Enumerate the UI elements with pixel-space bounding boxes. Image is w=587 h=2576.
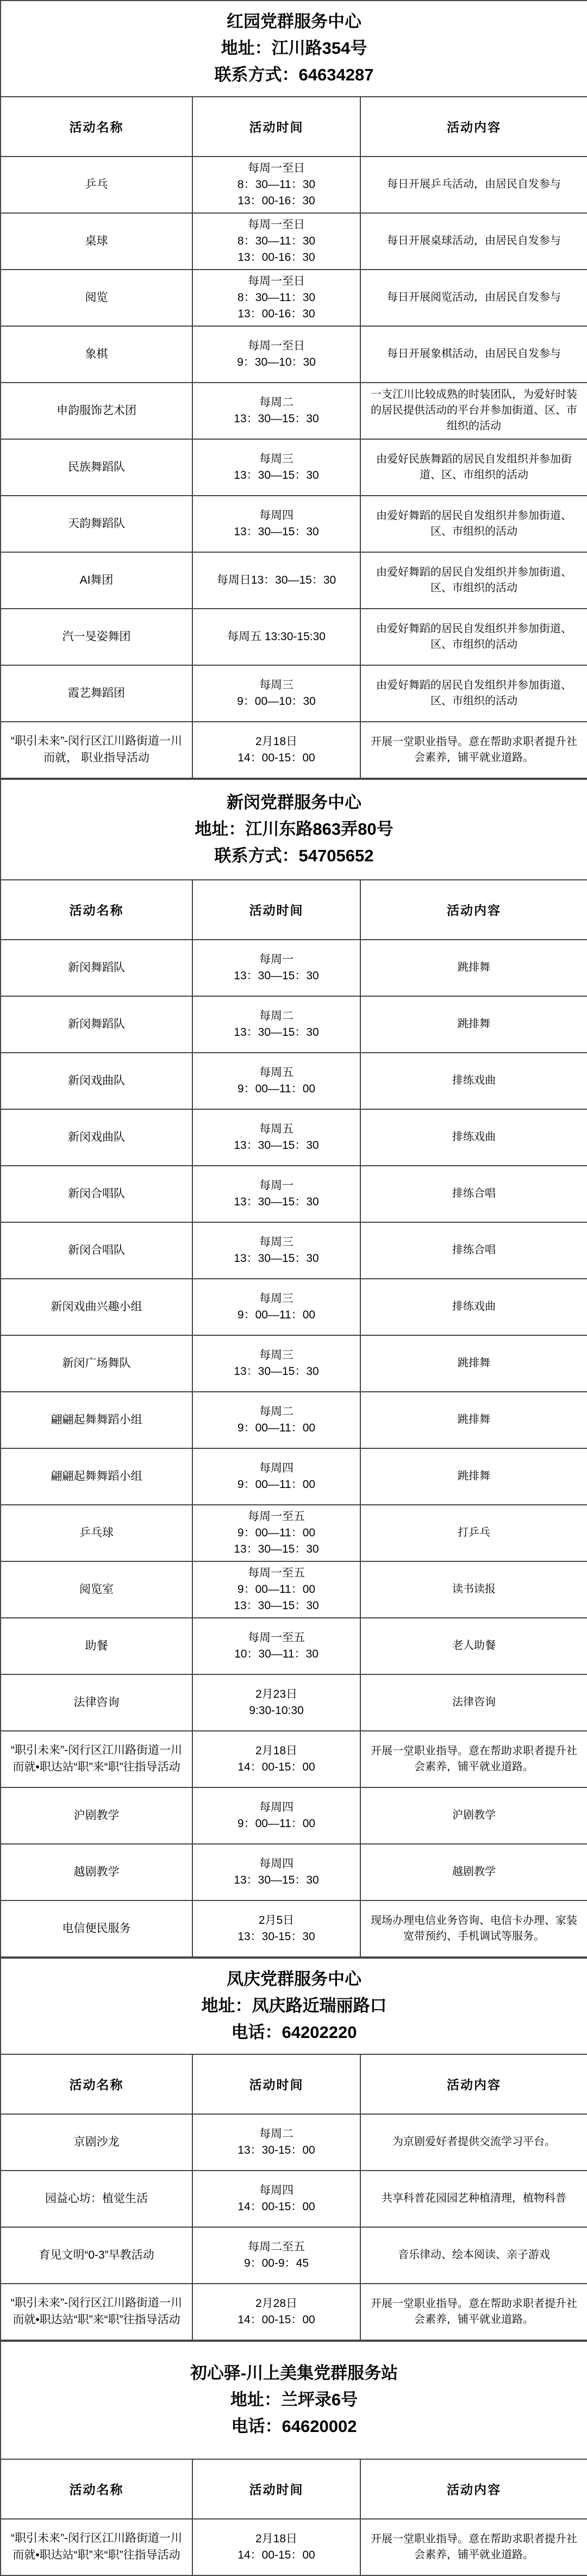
activity-row: 新闵戏曲兴趣小组每周三9：00—11：00排练戏曲 [1, 1279, 587, 1335]
time-line: 每周一至五 [199, 1630, 353, 1646]
activity-time-cell: 每周一至日8：30—11：3013：00-16：30 [192, 157, 360, 213]
schedule-document: 红园党群服务中心 地址：江川路354号 联系方式：64634287 活动名称活动… [0, 0, 587, 2576]
service-center-section: 新闵党群服务中心 地址：江川东路863弄80号 联系方式：54705652 活动… [0, 779, 587, 1958]
activity-time-cell: 2月18日14：00-15：00 [192, 2519, 360, 2575]
activity-time-cell: 每周三9：00—11：00 [192, 1279, 360, 1335]
time-line: 10：30—11：30 [199, 1646, 353, 1662]
time-line: 9：00—10：30 [199, 693, 353, 710]
time-line: 14：00-15：00 [199, 750, 353, 766]
time-line: 2月18日 [199, 2531, 353, 2547]
activity-time-cell: 每周一至五9：00—11：0013：30—15：30 [192, 1561, 360, 1618]
activity-content-cell: 开展一堂职业指导。意在帮助求职者提升社会素养，铺平就业道路。 [360, 722, 587, 778]
activity-time-cell: 每周一至日9：30—10：30 [192, 326, 360, 383]
activity-name-cell: 象棋 [1, 326, 192, 383]
table-header-row: 活动名称活动时间活动内容 [1, 2459, 587, 2519]
activity-content-cell: 读书读报 [360, 1561, 587, 1618]
time-line: 13：30—15：30 [199, 1194, 353, 1210]
activity-time-cell: 每周二9：00—11：00 [192, 1392, 360, 1448]
activity-name-cell: 新闵戏曲兴趣小组 [1, 1279, 192, 1335]
time-line: 每周四 [199, 1856, 353, 1872]
activity-content-cell: 沪剧教学 [360, 1787, 587, 1844]
time-line: 13：00-16：30 [199, 193, 353, 209]
center-header-cell: 新闵党群服务中心 地址：江川东路863弄80号 联系方式：54705652 [1, 779, 587, 880]
column-header-activity-time: 活动时间 [192, 880, 360, 940]
activity-name-cell: 电信便民服务 [1, 1900, 192, 1957]
center-contact: 电话：64620002 [1, 2414, 587, 2440]
activity-name-cell: 助餐 [1, 1618, 192, 1674]
column-header-activity-content: 活动内容 [360, 2054, 587, 2114]
activity-row: 阅览室每周一至五9：00—11：0013：30—15：30读书读报 [1, 1561, 587, 1618]
activity-row: 桌球每周一至日8：30—11：3013：00-16：30每日开展桌球活动，由居民… [1, 213, 587, 270]
activity-name-cell: 法律咨询 [1, 1674, 192, 1731]
activity-time-cell: 每周二至五9：00-9：45 [192, 2227, 360, 2284]
center-address: 地址：江川路354号 [1, 35, 587, 62]
time-line: 9：00-9：45 [199, 2255, 353, 2272]
center-address: 地址：江川东路863弄80号 [1, 816, 587, 843]
center-contact: 联系方式：54705652 [1, 843, 587, 870]
activity-time-cell: 每周二13：30—15：30 [192, 996, 360, 1053]
time-line: 9：00—11：00 [199, 1477, 353, 1493]
activity-time-cell: 每周日13：30—15：30 [192, 552, 360, 609]
time-line: 13：30—15：30 [199, 1251, 353, 1267]
activity-content-cell: 跳排舞 [360, 1448, 587, 1505]
activity-name-cell: 新闵广场舞队 [1, 1335, 192, 1392]
activity-content-cell: 每日开展乒乓活动，由居民自发参与 [360, 157, 587, 213]
service-center-section: 红园党群服务中心 地址：江川路354号 联系方式：64634287 活动名称活动… [0, 0, 587, 779]
activity-content-cell: 排练合唱 [360, 1222, 587, 1279]
activity-row: 阅览每周一至日8：30—11：3013：00-16：30每日开展阅览活动，由居民… [1, 270, 587, 326]
time-line: 每周二至五 [199, 2239, 353, 2255]
activity-row: 民族舞蹈队每周三13：30—15：30由爱好民族舞蹈的居民自发组织并参加街道、区… [1, 439, 587, 496]
column-header-activity-content: 活动内容 [360, 97, 587, 157]
activity-row: 法律咨询2月23日9:30-10:30法律咨询 [1, 1674, 587, 1731]
activity-time-cell: 每周四9：00—11：00 [192, 1787, 360, 1844]
activity-content-cell: 排练合唱 [360, 1166, 587, 1222]
activity-name-cell: 京剧沙龙 [1, 2114, 192, 2171]
activity-name-cell: 乒乓 [1, 157, 192, 213]
center-address: 地址：凤庆路近瑞丽路口 [1, 1993, 587, 2019]
center-contact: 电话：64202220 [1, 2019, 587, 2046]
activity-row: “职引未来”-闵行区江川路街道一川而就•职达站“职”来“职”往指导活动2月18日… [1, 2519, 587, 2575]
time-line: 每周三 [199, 1291, 353, 1307]
activity-name-cell: 翩翩起舞舞蹈小组 [1, 1448, 192, 1505]
center-header-row: 新闵党群服务中心 地址：江川东路863弄80号 联系方式：54705652 [1, 779, 587, 880]
activity-name-cell: 桌球 [1, 213, 192, 270]
time-line: 每周一至日 [199, 217, 353, 233]
table-header-row: 活动名称活动时间活动内容 [1, 2054, 587, 2114]
time-line: 2月5日 [199, 1912, 353, 1929]
table-header-row: 活动名称活动时间活动内容 [1, 97, 587, 157]
activity-name-cell: 天韵舞蹈队 [1, 496, 192, 552]
column-header-activity-content: 活动内容 [360, 2459, 587, 2519]
activity-content-cell: 共享科普花园园艺种植清理，植物科普 [360, 2171, 587, 2227]
activity-time-cell: 每周一至日8：30—11：3013：00-16：30 [192, 213, 360, 270]
center-title: 红园党群服务中心 [1, 9, 587, 35]
time-line: 13：00-16：30 [199, 249, 353, 266]
activity-content-cell: 法律咨询 [360, 1674, 587, 1731]
activity-name-cell: 园益心坊：植觉生活 [1, 2171, 192, 2227]
time-line: 2月18日 [199, 734, 353, 750]
activity-row: 沪剧教学每周四9：00—11：00沪剧教学 [1, 1787, 587, 1844]
activity-content-cell: 由爱好舞蹈的居民自发组织并参加街道、区、市组织的活动 [360, 665, 587, 722]
activity-content-cell: 开展一堂职业指导。意在帮助求职者提升社会素养，铺平就业道路。 [360, 1731, 587, 1787]
time-line: 2月28日 [199, 2296, 353, 2312]
activity-time-cell: 每周四13：30—15：30 [192, 1844, 360, 1900]
activity-name-cell: 新闵戏曲队 [1, 1109, 192, 1166]
column-header-activity-time: 活动时间 [192, 2459, 360, 2519]
activity-time-cell: 2月5日13：30-15：30 [192, 1900, 360, 1957]
activity-row: 新闵舞蹈队每周一13：30—15：30跳排舞 [1, 940, 587, 996]
activity-content-cell: 为京剧爱好者提供交流学习平台。 [360, 2114, 587, 2171]
activity-row: 新闵广场舞队每周三13：30—15：30跳排舞 [1, 1335, 587, 1392]
time-line: 每周四 [199, 1460, 353, 1477]
activity-content-cell: 现场办理电信业务咨询、电信卡办理、家装宽带预约、手机调试等服务。 [360, 1900, 587, 1957]
time-line: 14：00-15：00 [199, 2547, 353, 2564]
time-line: 14：00-15：00 [199, 1759, 353, 1775]
column-header-activity-time: 活动时间 [192, 97, 360, 157]
activity-row: 电信便民服务2月5日13：30-15：30现场办理电信业务咨询、电信卡办理、家装… [1, 1900, 587, 1957]
activity-row: 助餐每周一至五10：30—11：30老人助餐 [1, 1618, 587, 1674]
activity-row: “职引未来”-闵行区江川路街道一川而就•职达站“职”来“职”往指导活动2月18日… [1, 1731, 587, 1787]
center-header-row: 初心驿-川上美集党群服务站 地址：兰坪录6号 电话：64620002 [1, 2341, 587, 2459]
time-line: 每周二 [199, 1404, 353, 1420]
time-line: 每周五 [199, 1121, 353, 1137]
time-line: 13：30—15：30 [199, 411, 353, 427]
time-line: 13：30—15：30 [199, 1541, 353, 1558]
activity-content-cell: 开展一堂职业指导。意在帮助求职者提升社会素养，铺平就业道路。 [360, 2284, 587, 2340]
time-line: 9：00—11：00 [199, 1307, 353, 1323]
activity-time-cell: 每周三13：30—15：30 [192, 439, 360, 496]
time-line: 13：30—15：30 [199, 1024, 353, 1041]
activity-content-cell: 排练戏曲 [360, 1279, 587, 1335]
activity-row: 乒乓每周一至日8：30—11：3013：00-16：30每日开展乒乓活动，由居民… [1, 157, 587, 213]
activity-row: 天韵舞蹈队每周四13：30—15：30由爱好舞蹈的居民自发组织并参加街道、区、市… [1, 496, 587, 552]
activity-row: 新闵戏曲队每周五9：00—11：00排练戏曲 [1, 1053, 587, 1109]
service-center-section: 初心驿-川上美集党群服务站 地址：兰坪录6号 电话：64620002 活动名称活… [0, 2341, 587, 2576]
activity-content-cell: 每日开展象棋活动，由居民自发参与 [360, 326, 587, 383]
center-title: 新闵党群服务中心 [1, 790, 587, 816]
time-line: 8：30—11：30 [199, 233, 353, 249]
activity-row: 象棋每周一至日9：30—10：30每日开展象棋活动，由居民自发参与 [1, 326, 587, 383]
time-line: 每周五 [199, 1065, 353, 1081]
time-line: 9：00—11：00 [199, 1420, 353, 1436]
activity-content-cell: 越剧教学 [360, 1844, 587, 1900]
activity-row: 汽一旻姿舞团每周五 13:30-15:30由爱好舞蹈的居民自发组织并参加街道、区… [1, 609, 587, 665]
activity-time-cell: 每周五 13:30-15:30 [192, 609, 360, 665]
time-line: 每周一至日 [199, 273, 353, 290]
activity-name-cell: 阅览 [1, 270, 192, 326]
time-line: 13：30-15：30 [199, 1929, 353, 1945]
activity-content-cell: 打乒乓 [360, 1505, 587, 1561]
time-line: 13：30—15：30 [199, 467, 353, 484]
activity-row: 霞艺舞蹈团每周三9：00—10：30由爱好舞蹈的居民自发组织并参加街道、区、市组… [1, 665, 587, 722]
time-line: 13：30—15：30 [199, 1872, 353, 1889]
time-line: 13：00-16：30 [199, 306, 353, 322]
activity-name-cell: 越剧教学 [1, 1844, 192, 1900]
time-line: 8：30—11：30 [199, 177, 353, 193]
activity-content-cell: 跳排舞 [360, 940, 587, 996]
activity-time-cell: 每周二13：30-15：00 [192, 2114, 360, 2171]
time-line: 每周一至五 [199, 1565, 353, 1581]
center-address: 地址：兰坪录6号 [1, 2387, 587, 2414]
time-line: 每周日13：30—15：30 [199, 572, 353, 589]
time-line: 每周一 [199, 1178, 353, 1194]
time-line: 每周二 [199, 1008, 353, 1024]
activity-content-cell: 排练戏曲 [360, 1053, 587, 1109]
activity-name-cell: 申韵服饰艺术团 [1, 383, 192, 439]
center-title: 初心驿-川上美集党群服务站 [1, 2360, 587, 2387]
time-line: 9：00—11：00 [199, 1525, 353, 1541]
column-header-activity-name: 活动名称 [1, 97, 192, 157]
activity-time-cell: 每周四13：30—15：30 [192, 496, 360, 552]
time-line: 9：00—11：00 [199, 1581, 353, 1598]
activity-time-cell: 每周一13：30—15：30 [192, 1166, 360, 1222]
table-header-row: 活动名称活动时间活动内容 [1, 880, 587, 940]
activity-name-cell: 新闵舞蹈队 [1, 996, 192, 1053]
activity-content-cell: 跳排舞 [360, 1392, 587, 1448]
activity-name-cell: “职引未来”-闵行区江川路街道一川而就•职达站“职”来“职”往指导活动 [1, 2519, 192, 2575]
center-header-cell: 凤庆党群服务中心 地址：凤庆路近瑞丽路口 电话：64202220 [1, 1958, 587, 2054]
activity-name-cell: 乒乓球 [1, 1505, 192, 1561]
activity-time-cell: 每周一至日8：30—11：3013：00-16：30 [192, 270, 360, 326]
activity-name-cell: 霞艺舞蹈团 [1, 665, 192, 722]
activity-time-cell: 2月18日14：00-15：00 [192, 722, 360, 778]
activity-row: 新闵戏曲队每周五13：30—15：30排练戏曲 [1, 1109, 587, 1166]
activity-time-cell: 每周三9：00—10：30 [192, 665, 360, 722]
center-header-cell: 初心驿-川上美集党群服务站 地址：兰坪录6号 电话：64620002 [1, 2341, 587, 2459]
activity-time-cell: 每周一至五9：00—11：0013：30—15：30 [192, 1505, 360, 1561]
activity-name-cell: “职引未来”-闵行区江川路街道一川而就•职达站“职”来“职”往指导活动 [1, 1731, 192, 1787]
activity-row: 京剧沙龙每周二13：30-15：00为京剧爱好者提供交流学习平台。 [1, 2114, 587, 2171]
activity-time-cell: 每周四14：00-15：00 [192, 2171, 360, 2227]
time-line: 每周四 [199, 2183, 353, 2199]
column-header-activity-name: 活动名称 [1, 880, 192, 940]
column-header-activity-content: 活动内容 [360, 880, 587, 940]
activity-row: 翩翩起舞舞蹈小组每周二9：00—11：00跳排舞 [1, 1392, 587, 1448]
time-line: 每周二 [199, 2126, 353, 2142]
activity-name-cell: 民族舞蹈队 [1, 439, 192, 496]
time-line: 14：00-15：00 [199, 2312, 353, 2328]
activity-time-cell: 每周四9：00—11：00 [192, 1448, 360, 1505]
activity-content-cell: 跳排舞 [360, 996, 587, 1053]
activity-name-cell: 沪剧教学 [1, 1787, 192, 1844]
activity-row: 新闵舞蹈队每周二13：30—15：30跳排舞 [1, 996, 587, 1053]
time-line: 9:30-10:30 [199, 1703, 353, 1719]
activity-name-cell: 汽一旻姿舞团 [1, 609, 192, 665]
activity-row: 翩翩起舞舞蹈小组每周四9：00—11：00跳排舞 [1, 1448, 587, 1505]
activity-name-cell: 翩翩起舞舞蹈小组 [1, 1392, 192, 1448]
activity-name-cell: 育见文明“0-3”早教活动 [1, 2227, 192, 2284]
time-line: 13：30—15：30 [199, 1598, 353, 1614]
activity-content-cell: 由爱好舞蹈的居民自发组织并参加街道、区、市组织的活动 [360, 552, 587, 609]
time-line: 每周一 [199, 952, 353, 968]
time-line: 每周三 [199, 451, 353, 467]
activity-time-cell: 每周三13：30—15：30 [192, 1222, 360, 1279]
time-line: 每周一至五 [199, 1509, 353, 1525]
activity-time-cell: 每周一至五10：30—11：30 [192, 1618, 360, 1674]
time-line: 14：00-15：00 [199, 2199, 353, 2215]
activity-content-cell: 音乐律动、绘本阅读、亲子游戏 [360, 2227, 587, 2284]
time-line: 13：30-15：00 [199, 2142, 353, 2159]
time-line: 每周四 [199, 508, 353, 524]
activity-content-cell: 一支江川比较成熟的时装团队，为爱好时装的居民提供活动的平台并参加街道、区、市组织… [360, 383, 587, 439]
activity-time-cell: 每周五13：30—15：30 [192, 1109, 360, 1166]
activity-content-cell: 由爱好民族舞蹈的居民自发组织并参加街道、区、市组织的活动 [360, 439, 587, 496]
activity-content-cell: 老人助餐 [360, 1618, 587, 1674]
activity-name-cell: “职引未来”-闵行区江川路街道一川而就， 职业指导活动 [1, 722, 192, 778]
activity-name-cell: 新闵合唱队 [1, 1222, 192, 1279]
time-line: 9：00—11：00 [199, 1816, 353, 1832]
activity-row: 园益心坊：植觉生活每周四14：00-15：00共享科普花园园艺种植清理，植物科普 [1, 2171, 587, 2227]
time-line: 2月18日 [199, 1743, 353, 1759]
activity-row: 育见文明“0-3”早教活动每周二至五9：00-9：45音乐律动、绘本阅读、亲子游… [1, 2227, 587, 2284]
column-header-activity-time: 活动时间 [192, 2054, 360, 2114]
time-line: 9：30—10：30 [199, 354, 353, 371]
activity-content-cell: 跳排舞 [360, 1335, 587, 1392]
activity-row: 申韵服饰艺术团每周二13：30—15：30一支江川比较成熟的时装团队，为爱好时装… [1, 383, 587, 439]
time-line: 2月23日 [199, 1686, 353, 1703]
activity-name-cell: 新闵合唱队 [1, 1166, 192, 1222]
activity-content-cell: 排练戏曲 [360, 1109, 587, 1166]
time-line: 每周二 [199, 395, 353, 411]
activity-name-cell: “职引未来”-闵行区江川路街道一川而就•职达站“职”来“职”往指导活动 [1, 2284, 192, 2340]
activity-row: “职引未来”-闵行区江川路街道一川而就， 职业指导活动2月18日14：00-15… [1, 722, 587, 778]
time-line: 9：00—11：00 [199, 1081, 353, 1097]
column-header-activity-name: 活动名称 [1, 2054, 192, 2114]
time-line: 每周三 [199, 1347, 353, 1364]
activity-row: 乒乓球每周一至五9：00—11：0013：30—15：30打乒乓 [1, 1505, 587, 1561]
activity-time-cell: 每周一13：30—15：30 [192, 940, 360, 996]
time-line: 每周三 [199, 677, 353, 693]
activity-name-cell: 新闵舞蹈队 [1, 940, 192, 996]
activity-content-cell: 每日开展阅览活动，由居民自发参与 [360, 270, 587, 326]
time-line: 每周一至日 [199, 338, 353, 354]
time-line: 13：30—15：30 [199, 968, 353, 984]
time-line: 每周三 [199, 1234, 353, 1251]
activity-content-cell: 每日开展桌球活动，由居民自发参与 [360, 213, 587, 270]
center-contact: 联系方式：64634287 [1, 62, 587, 89]
center-header-row: 红园党群服务中心 地址：江川路354号 联系方式：64634287 [1, 1, 587, 97]
service-center-section: 凤庆党群服务中心 地址：凤庆路近瑞丽路口 电话：64202220 活动名称活动时… [0, 1958, 587, 2341]
activity-time-cell: 每周二13：30—15：30 [192, 383, 360, 439]
time-line: 13：30—15：30 [199, 524, 353, 540]
activity-row: 新闵合唱队每周一13：30—15：30排练合唱 [1, 1166, 587, 1222]
activity-name-cell: 阅览室 [1, 1561, 192, 1618]
center-header-cell: 红园党群服务中心 地址：江川路354号 联系方式：64634287 [1, 1, 587, 97]
time-line: 8：30—11：30 [199, 290, 353, 306]
activity-time-cell: 2月28日14：00-15：00 [192, 2284, 360, 2340]
activity-time-cell: 2月18日14：00-15：00 [192, 1731, 360, 1787]
time-line: 每周五 13:30-15:30 [199, 629, 353, 645]
activity-row: 越剧教学每周四13：30—15：30越剧教学 [1, 1844, 587, 1900]
center-header-row: 凤庆党群服务中心 地址：凤庆路近瑞丽路口 电话：64202220 [1, 1958, 587, 2054]
activity-name-cell: 新闵戏曲队 [1, 1053, 192, 1109]
activity-time-cell: 2月23日9:30-10:30 [192, 1674, 360, 1731]
time-line: 每周四 [199, 1799, 353, 1816]
activity-name-cell: AI舞团 [1, 552, 192, 609]
activity-time-cell: 每周三13：30—15：30 [192, 1335, 360, 1392]
column-header-activity-name: 活动名称 [1, 2459, 192, 2519]
time-line: 每周一至日 [199, 160, 353, 177]
activity-row: AI舞团每周日13：30—15：30由爱好舞蹈的居民自发组织并参加街道、区、市组… [1, 552, 587, 609]
activity-content-cell: 由爱好舞蹈的居民自发组织并参加街道、区、市组织的活动 [360, 496, 587, 552]
time-line: 13：30—15：30 [199, 1364, 353, 1380]
activity-content-cell: 开展一堂职业指导。意在帮助求职者提升社会素养，铺平就业道路。 [360, 2519, 587, 2575]
activity-row: 新闵合唱队每周三13：30—15：30排练合唱 [1, 1222, 587, 1279]
center-title: 凤庆党群服务中心 [1, 1966, 587, 1993]
activity-content-cell: 由爱好舞蹈的居民自发组织并参加街道、区、市组织的活动 [360, 609, 587, 665]
activity-time-cell: 每周五9：00—11：00 [192, 1053, 360, 1109]
activity-row: “职引未来”-闵行区江川路街道一川而就•职达站“职”来“职”往指导活动2月28日… [1, 2284, 587, 2340]
time-line: 13：30—15：30 [199, 1137, 353, 1154]
